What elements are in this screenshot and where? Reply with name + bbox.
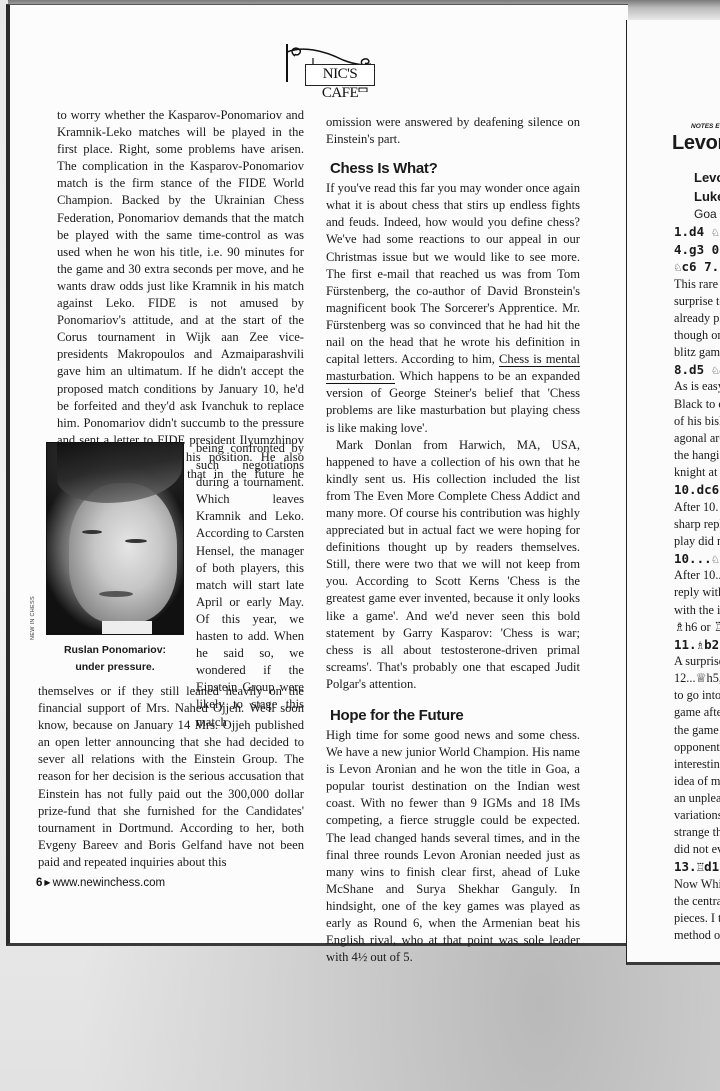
chess-move-line: 11.♗b2 ♕ — [674, 636, 720, 654]
logo-text: NIC'S CAFE — [305, 64, 375, 86]
eye-shape — [82, 530, 102, 534]
article-column-left-bottom: themselves or if they still leaned heavi… — [38, 683, 304, 871]
paragraph: omission were answered by deafening sile… — [326, 114, 580, 148]
magazine-page-right: NOTES E Levon LevoLukeGoa (61.d4 ♘f64.g3… — [626, 20, 720, 965]
paragraph: themselves or if they still leaned heavi… — [38, 683, 304, 871]
event-line: Goa (6 — [674, 206, 720, 223]
player-name: Luke — [674, 187, 720, 206]
annotation-line: 12...♕h5, af — [674, 670, 720, 687]
section-heading: Chess Is What? — [330, 160, 580, 178]
chess-move-line: 10.dc6 — [674, 481, 720, 499]
chess-move-line: 1.d4 ♘f6 — [674, 223, 720, 241]
annotation-line: play did not — [674, 533, 720, 550]
annotation-line: to go into a — [674, 687, 720, 704]
face-shape — [69, 483, 177, 623]
notes-label: NOTES E — [691, 123, 720, 130]
annotation-line: sharp reply — [674, 516, 720, 533]
chess-move-line: 4.g3 0-0 — [674, 241, 720, 259]
photo-credit: NEW IN CHESS — [30, 596, 36, 640]
annotation-line: idea of mee — [674, 773, 720, 790]
annotation-line: did not even — [674, 841, 720, 858]
caption-line: under pressure. — [46, 659, 184, 676]
annotation-line: After 10...b — [674, 567, 720, 584]
annotation-line: game after — [674, 704, 720, 721]
player-name: Levo — [674, 168, 720, 187]
chess-move-line: 8.d5 ♘a5 — [674, 361, 720, 379]
arrow-icon: ▶ — [44, 878, 50, 887]
annotation-line: Now White — [674, 876, 720, 893]
article-column-right: omission were answered by deafening sile… — [326, 114, 580, 966]
annotation-line: the game d — [674, 722, 720, 739]
chess-move-line: ♘c6 7.♘ — [674, 258, 720, 276]
annotation-line: with the id — [674, 602, 720, 619]
annotation-line: the hangi — [674, 447, 720, 464]
annotation-line: though on — [674, 327, 720, 344]
annotation-line: interesting r — [674, 756, 720, 773]
annotation-line: knight at a5 — [674, 464, 720, 481]
chess-move-line: 13.♖d1 — [674, 858, 720, 876]
annotation-line: Black to ex — [674, 396, 720, 413]
annotation-line: agonal are — [674, 430, 720, 447]
photo-caption: Ruslan Ponomariov: under pressure. — [46, 642, 184, 676]
page-number: 6 — [36, 877, 42, 889]
annotation-line: of his bisho — [674, 413, 720, 430]
annotation-line: surprise to — [674, 293, 720, 310]
annotation-line: A surprise — [674, 653, 720, 670]
chess-move-line: 10...♘c6 — [674, 550, 720, 568]
game-title: Levon — [672, 132, 720, 155]
hair-shape — [57, 443, 182, 503]
page-footer: 6▶www.newinchess.com — [36, 877, 165, 889]
annotation-line: ♗h6 or ♖d1 — [674, 619, 720, 636]
caption-line: Ruslan Ponomariov: — [46, 642, 184, 659]
section-heading: Hope for the Future — [330, 707, 580, 725]
paragraph: Mark Donlan from Harwich, MA, USA, happe… — [326, 437, 580, 693]
footer-url: www.newinchess.com — [53, 877, 165, 889]
annotation-line: already pla — [674, 310, 720, 327]
portrait-photo — [46, 442, 184, 635]
eye-shape — [125, 539, 147, 543]
nics-cafe-logo: NIC'S CAFE — [283, 42, 383, 92]
annotation-line: method of p — [674, 927, 720, 944]
collar-shape — [102, 621, 152, 635]
annotation-line: an unpleas — [674, 790, 720, 807]
annotation-line: strange that — [674, 824, 720, 841]
mouth-shape — [99, 591, 133, 597]
annotation-line: the central — [674, 893, 720, 910]
annotation-line: This rare m — [674, 276, 720, 293]
text-run: If you've read this far you may wonder o… — [326, 181, 580, 366]
annotation-line: opponent, o — [674, 739, 720, 756]
annotation-line: reply with — [674, 584, 720, 601]
game-notes: LevoLukeGoa (61.d4 ♘f64.g3 0-0♘c6 7.♘Thi… — [674, 168, 720, 944]
paragraph: If you've read this far you may wonder o… — [326, 180, 580, 436]
annotation-line: pieces. I thi — [674, 910, 720, 927]
paragraph: High time for some good news and some ch… — [326, 727, 580, 966]
annotation-line: variations, — [674, 807, 720, 824]
annotation-line: blitz game. — [674, 344, 720, 361]
annotation-line: As is easy t — [674, 378, 720, 395]
annotation-line: After 10.♗ — [674, 499, 720, 516]
